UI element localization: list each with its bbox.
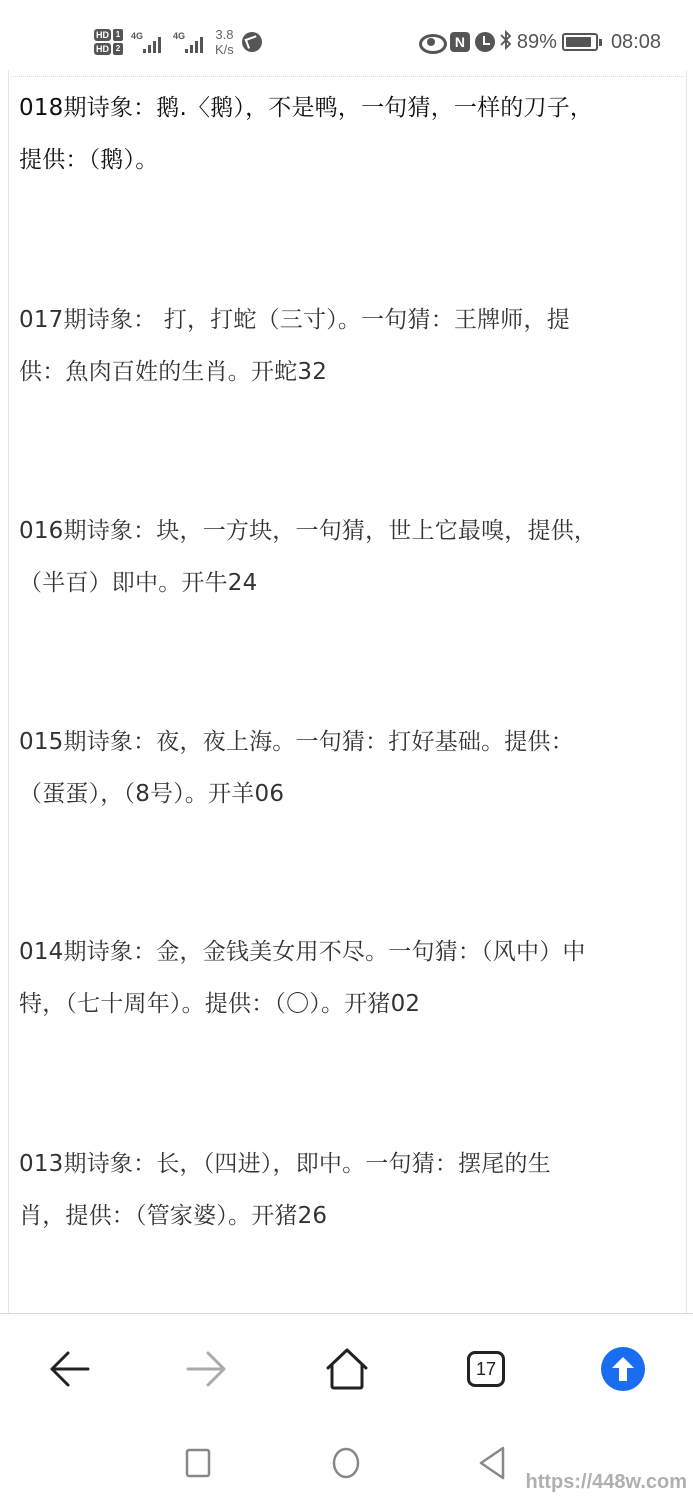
speed-unit: K/s (215, 42, 234, 57)
system-navigation-bar: https://448w.com (0, 1423, 693, 1500)
arrow-right-icon (186, 1351, 228, 1387)
arrow-up-icon (601, 1347, 645, 1391)
system-back-button[interactable] (474, 1445, 510, 1481)
circle-icon (331, 1446, 361, 1480)
home-icon (326, 1348, 368, 1390)
network-speed: 3.8 K/s (215, 27, 234, 57)
entry-014: 014期诗象：金，金钱美女用不尽。一句猜：（风中）中 特，（七十周年）。提供：（… (19, 926, 678, 1030)
entry-line: 018期诗象：鹅.〈鹅），不是鸭，一句猜，一样的刀子， (19, 82, 678, 134)
arrow-left-icon (48, 1351, 90, 1387)
entry-line: 015期诗象：夜，夜上海。一句猜：打好基础。提供： (19, 716, 678, 768)
triangle-back-icon (477, 1446, 507, 1480)
status-bar: HD 1 HD 2 4G 4G 3.8 K/s N 89% (0, 0, 693, 70)
network-type: 4G (131, 31, 143, 41)
article-content[interactable]: 018期诗象：鹅.〈鹅），不是鸭，一句猜，一样的刀子， 提供：（鹅）。 017期… (8, 70, 687, 1313)
square-icon (185, 1448, 211, 1478)
back-button[interactable] (44, 1344, 94, 1394)
status-bar-left: HD 1 HD 2 4G 4G 3.8 K/s (94, 22, 262, 62)
entry-line: 提供：（鹅）。 (19, 134, 678, 186)
nfc-icon: N (450, 32, 470, 52)
tabs-button[interactable]: 17 (461, 1344, 511, 1394)
entry-018: 018期诗象：鹅.〈鹅），不是鸭，一句猜，一样的刀子， 提供：（鹅）。 (19, 82, 678, 186)
eye-icon (419, 34, 445, 50)
sim-slot-1: 1 (113, 29, 123, 41)
browser-toolbar: 17 (0, 1313, 693, 1423)
hd-icon: HD (94, 43, 111, 55)
speed-value: 3.8 (215, 27, 234, 42)
status-bar-right: N 89% 08:08 (419, 28, 661, 56)
entry-015: 015期诗象：夜，夜上海。一句猜：打好基础。提供： （蛋蛋），（8号）。开羊06 (19, 716, 678, 820)
home-button[interactable] (322, 1344, 372, 1394)
alarm-icon (475, 32, 495, 52)
entry-017: 017期诗象： 打，打蛇（三寸）。一句猜：王牌师，提 供：魚肉百姓的生肖。开蛇3… (19, 294, 678, 398)
entry-line: （蛋蛋），（8号）。开羊06 (19, 768, 678, 820)
signal-icon: 4G (173, 29, 207, 55)
entry-line: 013期诗象：长，（四进），即中。一句猜：摆尾的生 (19, 1138, 678, 1190)
forward-button[interactable] (182, 1344, 232, 1394)
entry-line: 016期诗象：块，一方块，一句猜，世上它最嗅，提供， (19, 505, 678, 557)
globe-icon (242, 32, 262, 52)
divider (11, 76, 684, 77)
entry-line: （半百）即中。开牛24 (19, 557, 678, 609)
system-home-button[interactable] (328, 1445, 364, 1481)
entry-line: 014期诗象：金，金钱美女用不尽。一句猜：（风中）中 (19, 926, 678, 978)
bluetooth-icon (500, 30, 512, 55)
sim-slot-2: 2 (113, 43, 123, 55)
signal-icon: 4G (131, 29, 165, 55)
sim2-indicator: HD 2 (94, 43, 123, 55)
recents-button[interactable] (180, 1445, 216, 1481)
watermark: https://448w.com (525, 1471, 687, 1494)
hd-icon: HD (94, 29, 111, 41)
clock: 08:08 (611, 31, 661, 54)
battery-icon (562, 33, 598, 51)
scroll-top-button[interactable] (598, 1344, 648, 1394)
entry-line: 肖，提供：（管家婆）。开猪26 (19, 1190, 678, 1242)
sim-indicators: HD 1 HD 2 (94, 29, 123, 55)
entry-line: 017期诗象： 打，打蛇（三寸）。一句猜：王牌师，提 (19, 294, 678, 346)
entry-013: 013期诗象：长，（四进），即中。一句猜：摆尾的生 肖，提供：（管家婆）。开猪2… (19, 1138, 678, 1242)
tab-count-icon: 17 (467, 1351, 505, 1387)
entry-line: 特，（七十周年）。提供：（〇）。开猪02 (19, 978, 678, 1030)
sim1-indicator: HD 1 (94, 29, 123, 41)
network-type: 4G (173, 31, 185, 41)
entry-016: 016期诗象：块，一方块，一句猜，世上它最嗅，提供， （半百）即中。开牛24 (19, 505, 678, 609)
battery-percent: 89% (517, 31, 557, 54)
entry-line: 供：魚肉百姓的生肖。开蛇32 (19, 346, 678, 398)
